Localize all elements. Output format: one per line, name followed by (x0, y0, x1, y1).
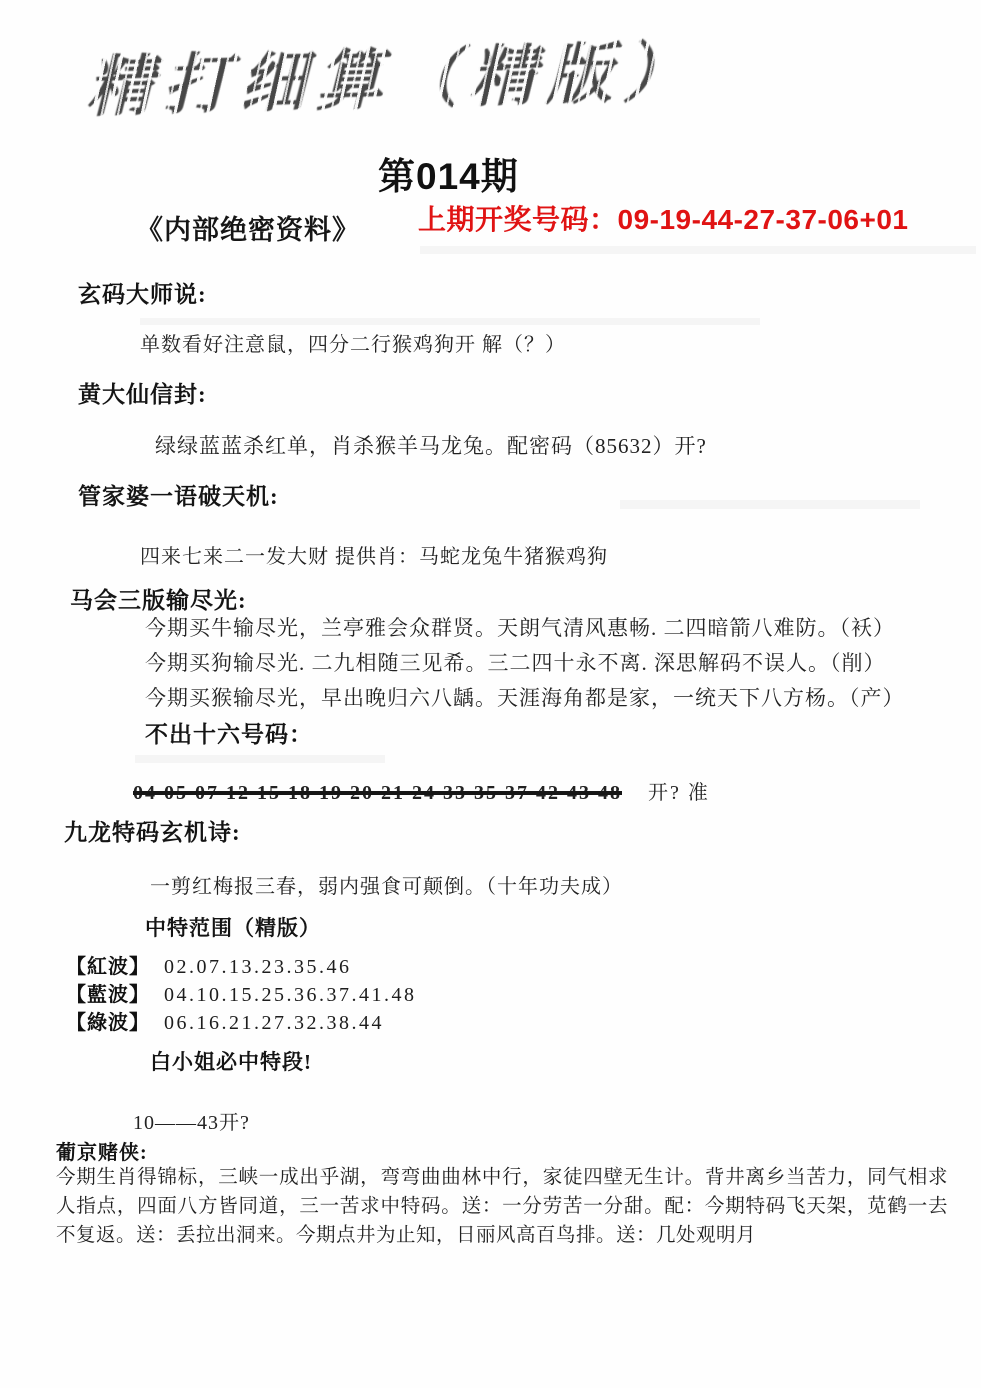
mahui-line-2: 今期买狗输尽光. 二九相随三见希。三二四十永不离. 深思解码不误人。（削） (145, 647, 886, 677)
xuanma-line: 单数看好注意鼠，四分二行猴鸡狗开 解（？） (140, 328, 566, 357)
heading-xuanma-master: 玄码大师说: (78, 276, 207, 309)
masthead-logo: 精打细算（精版） (96, 26, 816, 146)
wave-row-blue: 【藍波】04.10.15.25.36.37.41.48 (66, 978, 417, 1007)
wave-numbers-red: 02.07.13.23.35.46 (164, 956, 352, 978)
last-draw-numbers: 上期开奖号码：09-19-44-27-37-06+01 (418, 198, 909, 238)
scan-smudge (140, 318, 760, 325)
secret-title: 《内部绝密资料》 (136, 208, 360, 247)
heading-not-out-sixteen: 不出十六号码： (145, 716, 313, 749)
mahui-line-1: 今期买牛输尽光，兰亭雅会众群贤。天朗气清风惠畅. 二四暗箭八难防。（袄） (145, 612, 895, 642)
heading-jiulong-poem: 九龙特码玄机诗: (64, 814, 241, 847)
wave-numbers-blue: 04.10.15.25.36.37.41.48 (164, 984, 417, 1006)
heading-pujing: 葡京赌侠: (56, 1136, 148, 1165)
wong-tai-sin-line: 绿绿蓝蓝杀红单，肖杀猴羊马龙兔。配密码（85632）开? (155, 430, 707, 460)
masthead-logo-text: 精打细算（精版） (81, 18, 718, 129)
guanjiapo-line: 四来七来二一发大财 提供肖：马蛇龙兔牛猪猴鸡狗 (140, 540, 608, 569)
baixiaojie-line: 白小姐必中特段! (150, 1046, 312, 1076)
pujing-paragraph: 今期生肖得锦标，三峡一成出乎湖，弯弯曲曲林中行，家徒四壁无生计。背井离乡当苦力，… (56, 1163, 948, 1250)
wave-label-red: 【紅波】 (66, 956, 150, 978)
jiulong-poem-line: 一剪红梅报三春，弱内强食可颠倒。（十年功夫成） (150, 870, 623, 899)
mahui-line-3: 今期买猴输尽光，早出晚归六八龋。天涯海角都是家，一统天下八方杨。（产） (145, 682, 905, 712)
tipsheet-page: 精打细算（精版） 第014期 《内部绝密资料》 上期开奖号码：09-19-44-… (0, 0, 981, 1388)
issue-number: 第014期 (378, 146, 519, 200)
special-range-line: 10——43开? (133, 1106, 250, 1135)
heading-zhongte-range: 中特范围（精版） (145, 912, 321, 942)
wave-label-blue: 【藍波】 (66, 984, 150, 1006)
excluded-numbers-tail: 开? 准 (648, 782, 710, 804)
heading-mahui: 马会三版输尽光: (70, 582, 247, 615)
wave-numbers-green: 06.16.21.27.32.38.44 (164, 1012, 384, 1034)
scan-smudge (420, 246, 976, 254)
heading-wong-tai-sin: 黄大仙信封: (78, 376, 207, 409)
wave-row-red: 【紅波】02.07.13.23.35.46 (66, 950, 352, 979)
scan-smudge (135, 755, 385, 763)
wave-label-green: 【綠波】 (66, 1012, 150, 1034)
scan-smudge (620, 500, 920, 509)
wave-row-green: 【綠波】06.16.21.27.32.38.44 (66, 1006, 384, 1035)
heading-guanjiapo: 管家婆一语破天机: (78, 478, 279, 511)
excluded-numbers-struck: 04 05 07 12 15 18 19 20 21 24 33 35 37 4… (133, 782, 622, 804)
